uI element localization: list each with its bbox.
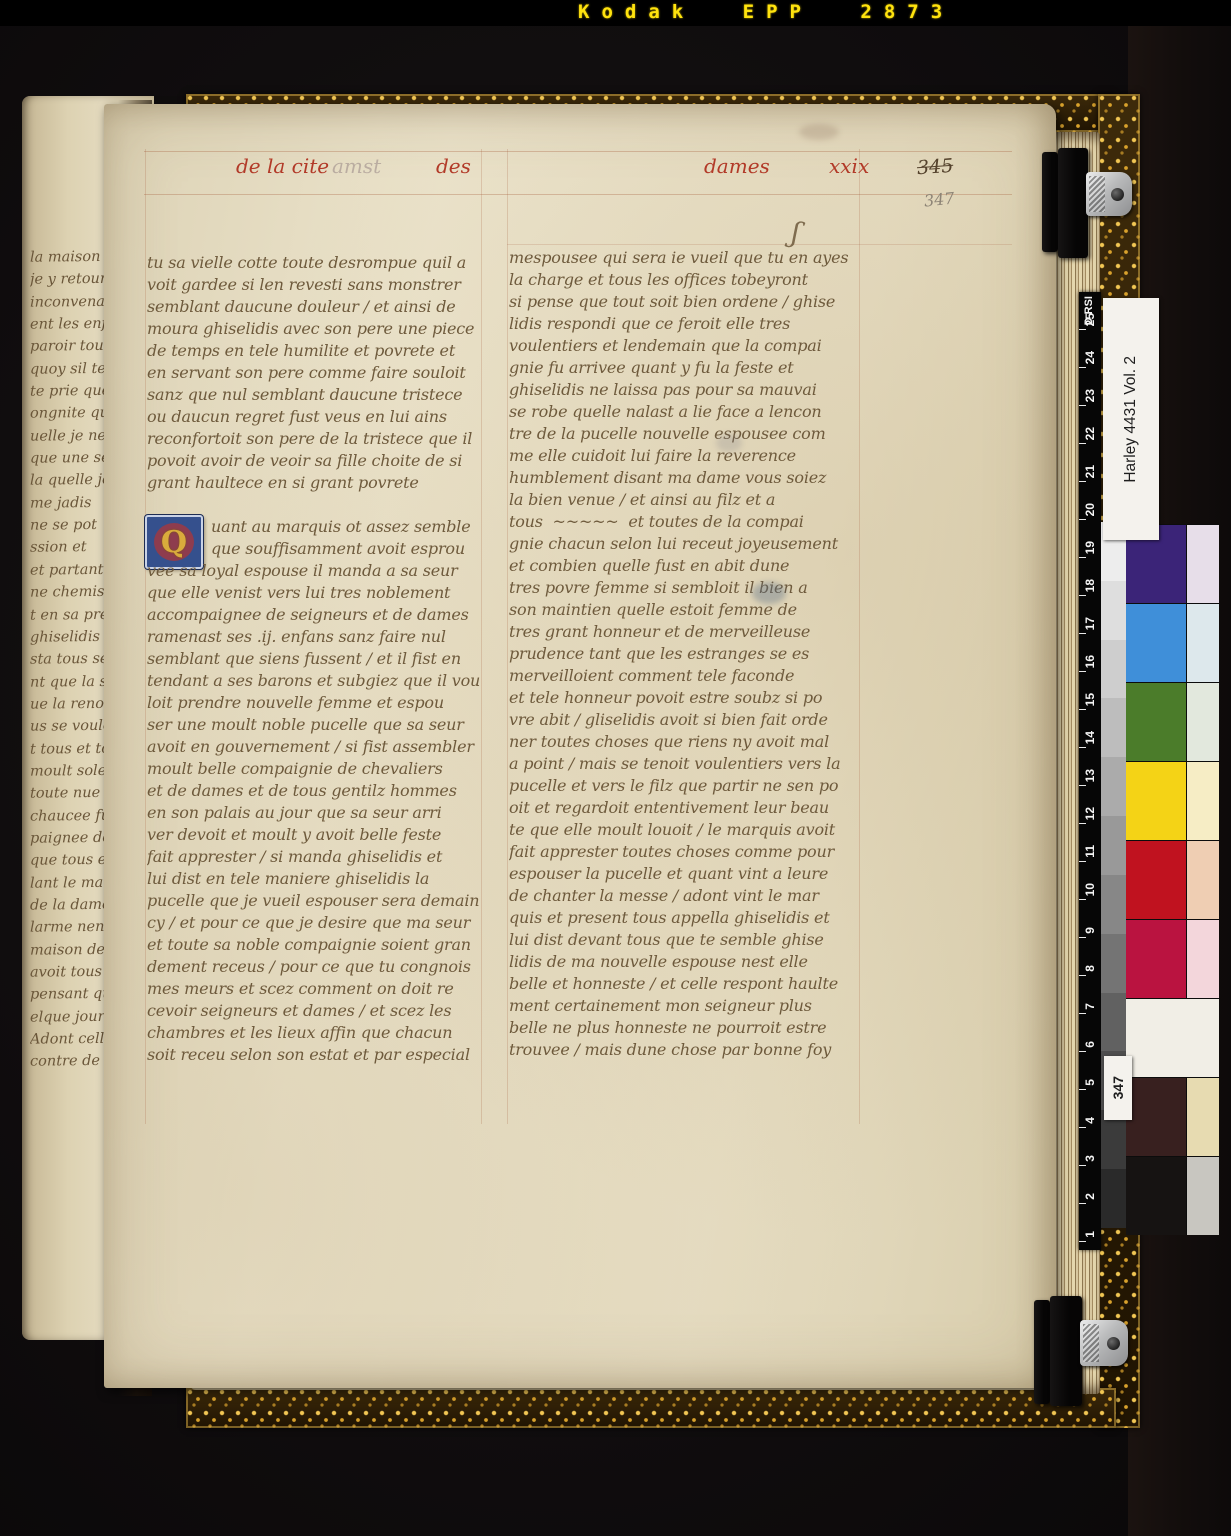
grayscale-step: [1101, 993, 1126, 1052]
ruler-number: 24: [1083, 351, 1097, 364]
manuscript-line: si pense que tout soit bien ordene / ghi…: [509, 291, 861, 313]
ruler-tick: [1079, 1165, 1086, 1166]
manuscript-line: gnie fu arrivee quant y fu la feste et: [509, 357, 861, 379]
manuscript-line: que elle venist vers lui tres noblement: [147, 582, 487, 604]
manuscript-line: et toute sa noble compaignie soient gran: [147, 934, 487, 956]
color-patch-red: [1126, 841, 1186, 919]
ruler-number: 12: [1083, 807, 1097, 820]
ruler-number: 21: [1083, 465, 1097, 478]
manuscript-line: povoit avoir de veoir sa fille choite de…: [147, 450, 487, 472]
bottom-clamp-handle: [1080, 1320, 1128, 1366]
color-patch-row-green: [1126, 682, 1219, 761]
ruler-number: 1: [1083, 1231, 1097, 1238]
color-patch-tint-purple: [1186, 525, 1219, 603]
manuscript-line: cevoir seigneurs et dames / et scez les: [147, 1000, 487, 1022]
ruler-number: 2: [1083, 1193, 1097, 1200]
gold-tooled-border-bottom: [186, 1388, 1116, 1428]
ruler-tick: [1079, 709, 1086, 710]
manuscript-line: moura ghiselidis avec son pere une piece: [147, 318, 487, 340]
manuscript-line: fait apprester / si manda ghiselidis et: [147, 846, 487, 868]
color-patch-row-yellow: [1126, 761, 1219, 840]
manuscript-line: reconfortoit son pere de la tristece que…: [147, 428, 487, 450]
color-patch-tint-blue: [1186, 604, 1219, 682]
manuscript-line: pucelle que je vueil espouser sera demai…: [147, 890, 487, 912]
color-patch-row-dark-brown: [1126, 1077, 1219, 1156]
grayscale-strip: [1101, 522, 1126, 1228]
right-column: mespousee qui sera ie vueil que tu en ay…: [509, 247, 861, 1061]
grayscale-step: [1101, 698, 1126, 757]
color-patch-tint-black: [1186, 1157, 1219, 1235]
ruler-tick: [1079, 405, 1086, 406]
clamp-hole: [1107, 1337, 1120, 1350]
color-patch-column: [1126, 524, 1219, 1235]
color-patch-tint-yellow: [1186, 762, 1219, 840]
ruler-number: 22: [1083, 427, 1097, 440]
manuscript-line: dement receus / pour ce que tu congnois: [147, 956, 487, 978]
manuscript-line: loit prendre nouvelle femme et espou: [147, 692, 487, 714]
manuscript-line: accompaignee de seigneurs et de dames: [147, 604, 487, 626]
ruler-number: 15: [1083, 693, 1097, 706]
ruler-number: 25: [1083, 313, 1097, 326]
grayscale-step: [1101, 875, 1126, 934]
manuscript-line: lidis respondi que ce feroit elle tres: [509, 313, 861, 335]
manuscript-line: voit gardee si len revesti sans monstrer: [147, 274, 487, 296]
manuscript-line: soit receu selon son estat et par especi…: [147, 1044, 487, 1066]
manuscript-line: en servant son pere comme faire souloit: [147, 362, 487, 384]
manuscript-line: humblement disant ma dame vous soiez: [509, 467, 861, 489]
rubric-des: des: [436, 154, 471, 178]
color-patch-tint-red: [1186, 841, 1219, 919]
manuscript-line: son maintien quelle estoit femme de: [509, 599, 861, 621]
grayscale-step: [1101, 934, 1126, 993]
ink-smudge: [716, 434, 742, 452]
manuscript-line: lidis de ma nouvelle espouse nest elle: [509, 951, 861, 973]
ruler-tick: [1079, 1013, 1086, 1014]
clamp-hole: [1111, 188, 1124, 201]
manuscript-line: tre de la pucelle nouvelle espousee com: [509, 423, 861, 445]
manuscript-line: avoit en gouvernement / si fist assemble…: [147, 736, 487, 758]
ruler-number: 19: [1083, 541, 1097, 554]
grayscale-step: [1101, 581, 1126, 640]
manuscript-line: tous ~~~~~ et toutes de la compai: [509, 511, 861, 533]
color-patch-crimson: [1126, 920, 1186, 998]
running-header: de la cite amst des dames xxix: [104, 154, 1056, 184]
top-clamp-body: [1058, 148, 1088, 258]
ruler-number: 11: [1083, 845, 1097, 858]
ruler-number: 20: [1083, 503, 1097, 516]
manuscript-line: espouser la pucelle et quant vint a leur…: [509, 863, 861, 885]
rubric-chapter-number: xxix: [829, 154, 869, 178]
ruling-line: [144, 151, 1012, 152]
manuscript-line: que souffisamment avoit esprou: [147, 538, 487, 560]
color-patch-row-red: [1126, 840, 1219, 919]
manuscript-line: ser une moult noble pucelle que sa seur: [147, 714, 487, 736]
ruler-tick: [1079, 899, 1086, 900]
manuscript-line: mespousee qui sera ie vueil que tu en ay…: [509, 247, 861, 269]
color-patch-row-blue: [1126, 603, 1219, 682]
folio-number-ink: 345: [916, 155, 954, 179]
ruler-tick: [1079, 861, 1086, 862]
manuscript-line: ner toutes choses que riens ny avoit mal: [509, 731, 861, 753]
manuscript-line: a point / mais se tenoit voulentiers ver…: [509, 753, 861, 775]
color-patch-green: [1126, 683, 1186, 761]
ruler-number: 3: [1083, 1155, 1097, 1162]
manuscript-line: tu sa vielle cotte toute desrompue quil …: [147, 252, 487, 274]
left-column-paragraph-2: uant au marquis ot assez sembleque souff…: [147, 516, 487, 1066]
ruler-number: 6: [1083, 1041, 1097, 1048]
color-patch-black: [1126, 1157, 1186, 1235]
manuscript-line: belle et honneste / et celle respont hau…: [509, 973, 861, 995]
ruler-number: 5: [1083, 1079, 1097, 1086]
manuscript-line: semblant que siens fussent / et il fist …: [147, 648, 487, 670]
shelfmark-label: Harley 4431 Vol. 2: [1103, 298, 1159, 540]
color-patch-white: [1126, 999, 1219, 1077]
ruler-tick: [1079, 443, 1086, 444]
ruler-tick: [1079, 823, 1086, 824]
ruler-number: 17: [1083, 617, 1097, 630]
manuscript-line: quis et present tous appella ghiselidis …: [509, 907, 861, 929]
color-patch-tint-crimson: [1186, 920, 1219, 998]
ruler-tick: [1079, 1051, 1086, 1052]
ruler-tick: [1079, 785, 1086, 786]
clamp-ridges: [1083, 1324, 1099, 1362]
ruling-line: [507, 244, 1012, 245]
folio-sticker-text: 347: [1110, 1076, 1126, 1099]
ruler-tick: [1079, 1241, 1086, 1242]
manuscript-line: cy / et pour ce que je desire que ma seu…: [147, 912, 487, 934]
ruler-tick: [1079, 747, 1086, 748]
top-clamp-arm: [1042, 152, 1058, 252]
ruler-tick: [1079, 595, 1086, 596]
color-patch-row-crimson: [1126, 919, 1219, 998]
color-patch-tint-green: [1186, 683, 1219, 761]
manuscript-line: tres grant honneur et de merveilleuse: [509, 621, 861, 643]
ruler-tick: [1079, 937, 1086, 938]
ruler-tick: [1079, 975, 1086, 976]
manuscript-line: mes meurs et scez comment on doit re: [147, 978, 487, 1000]
manuscript-line: uant au marquis ot assez semble: [147, 516, 487, 538]
manuscript-line: belle ne plus honneste ne pourroit estre: [509, 1017, 861, 1039]
ruler-number: 9: [1083, 927, 1097, 934]
ruler-tick: [1079, 671, 1086, 672]
ruler-tick: [1079, 633, 1086, 634]
rubric-dames: dames: [704, 154, 770, 178]
ink-smudge: [799, 124, 839, 140]
manuscript-line: lui dist en tele maniere ghiselidis la: [147, 868, 487, 890]
manuscript-line: de chanter la messe / adont vint le mar: [509, 885, 861, 907]
ruler-number: 4: [1083, 1117, 1097, 1124]
bottom-clamp-body: [1050, 1296, 1082, 1406]
clamp-ridges: [1089, 176, 1105, 212]
manuscript-line: moult belle compaignie de chevaliers: [147, 758, 487, 780]
ruling-line: [507, 149, 508, 1124]
ruler-number: 7: [1083, 1003, 1097, 1010]
manuscript-line: tendant a ses barons et subgiez que il v…: [147, 670, 487, 692]
color-patch-yellow: [1126, 762, 1186, 840]
color-patch-row-white: [1126, 998, 1219, 1077]
manuscript-line: ramenast ses .ij. enfans sanz faire nul: [147, 626, 487, 648]
manuscript-line: et de dames et de tous gentilz hommes: [147, 780, 487, 802]
manuscript-line: ver devoit et moult y avoit belle feste: [147, 824, 487, 846]
manuscript-line: voulentiers et lendemain que la compai: [509, 335, 861, 357]
ruler-tick: [1079, 329, 1086, 330]
grayscale-step: [1101, 816, 1126, 875]
ruler-number: 8: [1083, 965, 1097, 972]
manuscript-line: de temps en tele humilite et povrete et: [147, 340, 487, 362]
shelfmark-text: Harley 4431 Vol. 2: [1122, 356, 1140, 483]
manuscript-line: prudence tant que les estranges se es: [509, 643, 861, 665]
ruler-number: 14: [1083, 731, 1097, 744]
manuscript-line: gnie chacun selon lui receut joyeusement: [509, 533, 861, 555]
ruler-number: 13: [1083, 769, 1097, 782]
ruler-tick: [1079, 519, 1086, 520]
rubric-showthrough: amst: [332, 154, 381, 178]
manuscript-line: tres povre femme si sembloit il bien a: [509, 577, 861, 599]
film-strip: Kodak EPP 2873: [0, 0, 1231, 26]
manuscript-line: fait apprester toutes choses comme pour: [509, 841, 861, 863]
ruler-tick: [1079, 1127, 1086, 1128]
ruler-tick: [1079, 557, 1086, 558]
manuscript-line: et combien quelle fust en abit dune: [509, 555, 861, 577]
color-patch-row-black: [1126, 1156, 1219, 1235]
ruling-line: [145, 149, 146, 1124]
color-patch-blue: [1126, 604, 1186, 682]
ruler-tick: [1079, 1089, 1086, 1090]
manuscript-line: trouvee / mais dune chose par bonne foy: [509, 1039, 861, 1061]
grayscale-step: [1101, 757, 1126, 816]
manuscript-line: ghiselidis ne laissa pas pour sa mauvai: [509, 379, 861, 401]
manuscript-line: semblant daucune douleur / et ainsi de: [147, 296, 487, 318]
ruler-number: 18: [1083, 579, 1097, 592]
ruler-number: 10: [1083, 883, 1097, 896]
manuscript-line: en son palais au jour que sa seur arri: [147, 802, 487, 824]
grayscale-step: [1101, 640, 1126, 699]
manuscript-line: ou daucun regret fust veus en lui ains: [147, 406, 487, 428]
manuscript-page: de la cite amst des dames xxix 345 347 ʃ…: [104, 104, 1056, 1388]
left-column-paragraph-1: tu sa vielle cotte toute desrompue quil …: [147, 252, 487, 494]
color-patch-dark-brown: [1126, 1078, 1186, 1156]
ruler-number: 16: [1083, 655, 1097, 668]
manuscript-line: merveilloient comment tele faconde: [509, 665, 861, 687]
color-patch-tint-dark-brown: [1186, 1078, 1219, 1156]
manuscript-line: la charge et tous les offices tobeyront: [509, 269, 861, 291]
manuscript-line: sanz que nul semblant daucune tristece: [147, 384, 487, 406]
folio-sticker: 347: [1104, 1056, 1132, 1120]
manuscript-photo-scene: Kodak EPP 2873 la maison de mon pereje y…: [0, 0, 1231, 1536]
top-clamp-handle: [1086, 172, 1132, 216]
manuscript-line: la bien venue / et ainsi au filz et a: [509, 489, 861, 511]
ink-smudge: [752, 582, 786, 604]
ruler-number: 23: [1083, 389, 1097, 402]
manuscript-line: vre abit / gliselidis avoit si bien fait…: [509, 709, 861, 731]
grayscale-step: [1101, 1169, 1126, 1228]
manuscript-line: et tele honneur povoit estre soubz si po: [509, 687, 861, 709]
manuscript-line: pucelle et vers le filz que partir ne se…: [509, 775, 861, 797]
manuscript-line: te que elle moult louoit / le marquis av…: [509, 819, 861, 841]
manuscript-line: oit et regardoit ententivement leur beau: [509, 797, 861, 819]
manuscript-line: lui dist devant tous que te semble ghise: [509, 929, 861, 951]
manuscript-line: vee sa loyal espouse il manda a sa seur: [147, 560, 487, 582]
calibration-ruler: D RSI 1234567891011121314151617181920212…: [1079, 292, 1101, 1250]
ruling-line: [144, 194, 1012, 195]
manuscript-line: ment certainement mon seigneur plus: [509, 995, 861, 1017]
manuscript-line: grant haultece en si grant povrete: [147, 472, 487, 494]
film-stock-label: Kodak EPP 2873: [578, 1, 954, 23]
ruler-tick: [1079, 481, 1086, 482]
ruler-tick: [1079, 367, 1086, 368]
manuscript-line: me elle cuidoit lui faire la reverence: [509, 445, 861, 467]
ruler-tick: [1079, 1203, 1086, 1204]
folio-number-pencil: 347: [923, 188, 955, 210]
bottom-clamp-arm: [1034, 1300, 1050, 1404]
manuscript-line: chambres et les lieux affin que chacun: [147, 1022, 487, 1044]
manuscript-line: se robe quelle nalast a lie face a lenco…: [509, 401, 861, 423]
rubric-de-la-cite: de la cite: [236, 154, 329, 178]
